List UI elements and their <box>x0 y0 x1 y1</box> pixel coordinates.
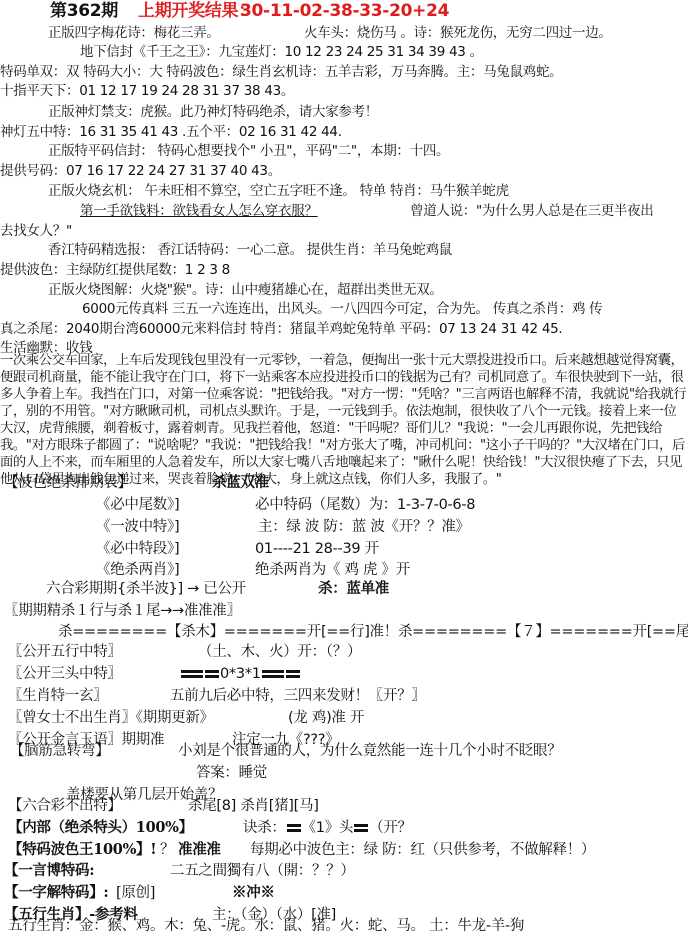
wave-row-value: 主：绿 波 防：蓝 波《开？？准》 <box>258 518 470 536</box>
flat-envelope: 正版特平码信封： 特码心想要找个" 小丑"，平码"二"，本期：十四。 <box>48 142 449 160</box>
inner-label: 【内部（绝杀特头）100%】 <box>8 819 193 837</box>
special-code-info: 特码单双：双 特码大小：大 特码波色：绿生肖玄机诗：五羊吉彩，万马奔腾。主：马兔… <box>0 63 562 81</box>
inner-value-c: （开？ <box>369 820 412 836</box>
riddle-question: 小刘是个很普通的人，为什么竟然能一连十几个小时不眨眼？ <box>178 742 561 760</box>
plum-poem: 正版四字梅花诗：梅花三弄。 <box>48 24 220 42</box>
wave-row-label: 《一波中特》] <box>96 518 179 536</box>
noshow-value: 杀尾[8] 杀肖[猪][马] <box>188 797 319 815</box>
wave-king-value: 每期必中波色主：绿 防：红（只供参考，不做解释！） <box>250 841 595 859</box>
fire-diagram: 正版火烧图解：火烧"猴"。诗：山中瘦猪雄心在，超群出类世无双。 <box>48 281 443 299</box>
wave-table-verdict: 杀蓝双准 <box>212 474 269 492</box>
inner-value-b: 《1》头 <box>302 820 354 836</box>
zeng-says: 曾道人说："为什么男人总是在三更半夜出 <box>410 202 654 220</box>
char-tag: [原创] <box>116 884 155 902</box>
ten-fingers: 十指平天下：01 12 17 19 24 28 31 37 38 43。 <box>0 82 294 100</box>
santou-value: 0*3*1 <box>220 666 261 682</box>
provided-wave: 提供波色：主绿防红提供尾数：1 2 3 8 <box>0 261 230 279</box>
zeng-label: 〖曾女士不出生肖〗《期期更新》 <box>8 709 214 727</box>
humor-story: 一次乘公交车回家，上车后发现钱包里没有一元零钞，一着急，便掏出一张十元大票投进投… <box>0 352 688 488</box>
one-word-label: 【一言博特码: <box>4 862 94 880</box>
wave-king-q: ？ <box>160 841 174 859</box>
lamp-five: 神灯五中特：16 31 35 41 43 .五个平：02 16 31 42 44… <box>0 123 342 141</box>
bar-decoration-icon <box>287 824 301 832</box>
zodiac-label: 〖生肖特一玄〗 <box>8 687 107 705</box>
noshow-label: 【六合彩不出特】 <box>8 797 122 815</box>
bar-decoration-icon <box>262 670 284 678</box>
wuxing-label: 〖公开五行中特〗 <box>8 643 122 661</box>
char-label: 【一字解特码】: <box>4 884 108 902</box>
inner-value-wrap: 诀杀：《1》头（开？ <box>243 819 412 837</box>
five-list: 五行生肖：金：猴、鸡。木：兔、-虎。水：鼠、猪。火：蛇、马。 土：牛龙-羊-狗 <box>8 917 524 935</box>
train-head: 火车头：烧伤马 。诗：猴死龙伤，无穷二四过一边。 <box>304 24 612 42</box>
provided-numbers: 提供号码：07 16 17 22 24 27 31 37 40 43。 <box>0 162 281 180</box>
underground-envelope: 地下信封《千王之王》：九宝莲灯：10 12 23 24 25 31 34 39 … <box>80 43 483 61</box>
xiangjiang-report: 香江特码精选报： 香江话特码：一心二意。 提供生肖：羊马兔蛇鸡鼠 <box>48 241 452 259</box>
wave-row-label: 《必中尾数》] <box>96 496 179 514</box>
zodiac-value: 五前九后必中特，三四来发财！〖开？〗 <box>170 687 426 705</box>
santou-value-wrap: 0*3*1 <box>180 665 301 683</box>
char-value: ※冲※ <box>232 884 275 902</box>
last-result-numbers: 30-11-02-38-33-20+24 <box>240 2 449 20</box>
first-hand-money: 第一手欲钱料：欲钱看女人怎么穿衣服？ <box>80 202 318 220</box>
bar-decoration-icon <box>286 670 300 678</box>
half-wave-label: 六合彩期期{杀半波}] → 已公开 <box>46 580 246 598</box>
fax-material: 6000元传真料 三五一六连连出，出风头。一八四四今可定，合为先。 传真之杀肖：… <box>82 300 602 318</box>
inner-value-a: 诀杀： <box>243 820 286 836</box>
lamp-ban: 正版神灯禁支：虎猴。此乃神灯特码绝杀，请大家参考！ <box>48 103 378 121</box>
bar-decoration-icon <box>181 670 203 678</box>
wave-row-label: 《必中特段》] <box>96 540 179 558</box>
fax-kill-tail: 真之杀尾：2040期台湾60000元来料信封 特肖：猪鼠羊鸡蛇兔特单 平码：07… <box>0 320 562 338</box>
wave-table-title: 【波色绝杀排期表】 <box>4 474 132 492</box>
wave-row-value: 01----21 28--39 开 <box>255 540 379 558</box>
kill-row: 杀========【杀木】=======开[==行]准！杀========【７】… <box>58 623 688 641</box>
zeng-value: (龙 鸡)准 开 <box>288 709 364 727</box>
riddle-answer: 答案：睡觉 <box>196 764 267 782</box>
issue-number: 第362期 <box>50 2 118 20</box>
half-wave-verdict: 杀：蓝单准 <box>318 580 389 598</box>
santou-label: 〖公开三头中特〗 <box>8 665 122 683</box>
wave-king-label: 【特码波色王100%】! <box>8 841 156 859</box>
one-word-value: 二五之間獨有八（開：？？） <box>170 862 355 880</box>
kill-row-title: 〖期期精杀１行与杀１尾→→准准准〗 <box>4 602 241 620</box>
wave-row-value: 必中特码（尾数）为：1-3-7-0-6-8 <box>255 496 475 514</box>
wave-king-verdict: 准准准 <box>178 841 221 859</box>
bar-decoration-icon <box>354 824 368 832</box>
bar-decoration-icon <box>205 670 219 678</box>
wave-row-value: 绝杀两肖为《 鸡 虎 》开 <box>255 561 410 579</box>
wave-row-label: 《绝杀两肖》] <box>96 561 179 579</box>
fire-mystery: 正版火烧玄机： 午未旺相不算空，空亡五字旺不逢。 特单 特肖：马牛猴羊蛇虎 <box>48 182 509 200</box>
riddle-label: 【脑筋急转弯】 <box>10 742 109 760</box>
wuxing-value: （土、木、火）开：（？） <box>198 643 361 661</box>
zeng-says-cont: 去找女人？" <box>0 222 72 240</box>
last-result-label: 上期开奖结果： <box>138 2 255 20</box>
